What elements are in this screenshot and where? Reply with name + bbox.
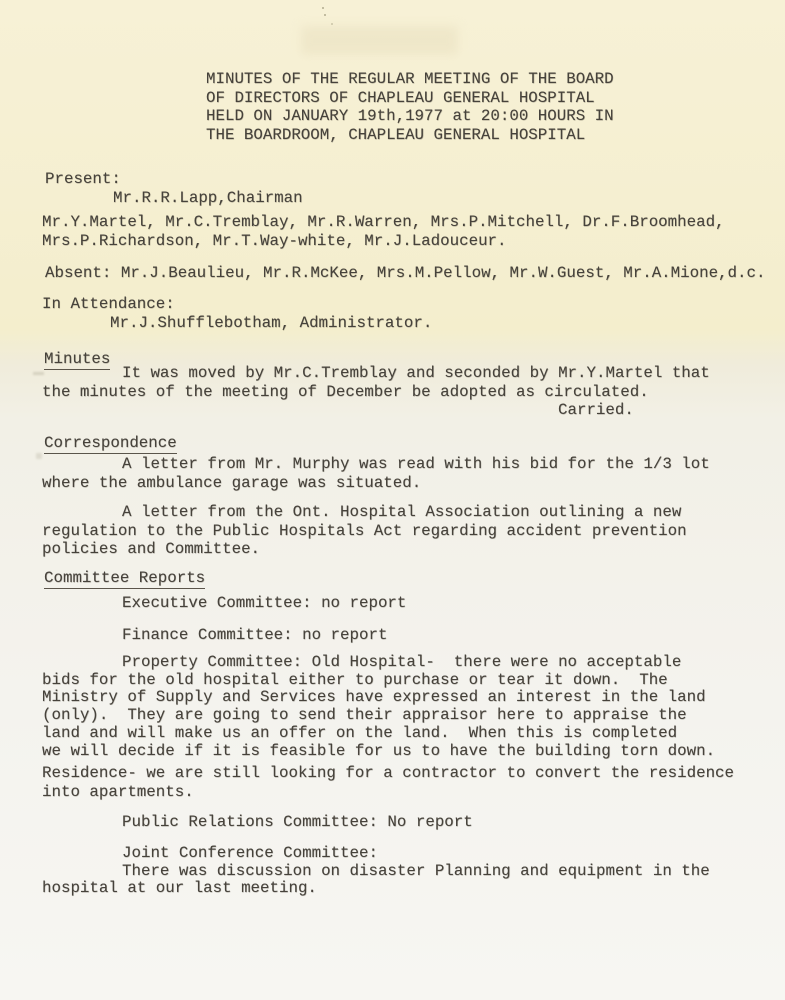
- chairman-name: Mr.R.R.Lapp,Chairman: [45, 189, 303, 208]
- title-line: THE BOARDROOM, CHAPLEAU GENERAL HOSPITAL: [206, 126, 614, 145]
- absent-block: Absent: Mr.J.Beaulieu, Mr.R.McKee, Mrs.M…: [45, 264, 765, 283]
- meeting-title-block: MINUTES OF THE REGULAR MEETING OF THE BO…: [206, 70, 614, 144]
- title-line: OF DIRECTORS OF CHAPLEAU GENERAL HOSPITA…: [206, 89, 614, 108]
- members-present-block: Mr.Y.Martel, Mr.C.Tremblay, Mr.R.Warren,…: [42, 213, 725, 250]
- report-line: into apartments.: [42, 783, 734, 802]
- absent-line: Absent: Mr.J.Beaulieu, Mr.R.McKee, Mrs.M…: [45, 264, 765, 283]
- report-line: hospital at our last meeting.: [42, 880, 710, 898]
- correspondence-line: regulation to the Public Hospitals Act r…: [42, 522, 687, 541]
- committee-reports-heading-text: Committee Reports: [44, 569, 205, 589]
- administrator-name: Mr.J.Shufflebotham, Administrator.: [42, 314, 432, 333]
- members-line: Mr.Y.Martel, Mr.C.Tremblay, Mr.R.Warren,…: [42, 213, 725, 232]
- report-line: Residence- we are still looking for a co…: [42, 764, 734, 783]
- title-line: MINUTES OF THE REGULAR MEETING OF THE BO…: [206, 70, 614, 89]
- in-attendance-label: In Attendance:: [42, 295, 432, 314]
- scan-speck: [331, 23, 333, 25]
- heading-line: Correspondence: [44, 434, 177, 453]
- executive-committee-report: Executive Committee: no report: [42, 594, 406, 613]
- minutes-body-line: the minutes of the meeting of December b…: [42, 383, 710, 402]
- minutes-paragraph: It was moved by Mr.C.Tremblay and second…: [42, 364, 710, 401]
- report-line: Finance Committee: no report: [42, 626, 387, 645]
- scan-speck: [322, 7, 324, 9]
- report-line: Joint Conference Committee:: [42, 845, 710, 863]
- public-relations-committee-report: Public Relations Committee: No report: [42, 813, 473, 832]
- carried-text: Carried.: [558, 401, 634, 420]
- joint-conference-committee-report: Joint Conference Committee: There was di…: [42, 845, 710, 898]
- correspondence-line: A letter from Mr. Murphy was read with h…: [42, 455, 710, 474]
- residence-report: Residence- we are still looking for a co…: [42, 764, 734, 801]
- present-label: Present:: [45, 170, 303, 189]
- title-line: HELD ON JANUARY 19th,1977 at 20:00 HOURS…: [206, 107, 614, 126]
- members-line: Mrs.P.Richardson, Mr.T.Way-white, Mr.J.L…: [42, 232, 725, 251]
- report-line: Public Relations Committee: No report: [42, 813, 473, 832]
- heading-line: Committee Reports: [44, 569, 205, 588]
- scanned-minutes-document: MINUTES OF THE REGULAR MEETING OF THE BO…: [0, 0, 785, 1000]
- in-attendance-block: In Attendance: Mr.J.Shufflebotham, Admin…: [42, 295, 432, 332]
- correspondence-paragraph-1: A letter from Mr. Murphy was read with h…: [42, 455, 710, 492]
- correspondence-line: A letter from the Ont. Hospital Associat…: [42, 503, 687, 522]
- report-line: land and will make us an offer on the la…: [42, 725, 715, 743]
- present-block: Present: Mr.R.R.Lapp,Chairman: [45, 170, 303, 207]
- report-line: There was discussion on disaster Plannin…: [42, 863, 710, 881]
- committee-reports-section-heading: Committee Reports: [44, 569, 205, 588]
- correspondence-line: policies and Committee.: [42, 540, 687, 559]
- correspondence-section-heading: Correspondence: [44, 434, 177, 453]
- report-line: (only). They are going to send their app…: [42, 707, 715, 725]
- report-line: Executive Committee: no report: [42, 594, 406, 613]
- scan-speck: [324, 14, 326, 16]
- finance-committee-report: Finance Committee: no report: [42, 626, 387, 645]
- minutes-body-line: It was moved by Mr.C.Tremblay and second…: [42, 364, 710, 383]
- report-line: Property Committee: Old Hospital- there …: [42, 654, 715, 672]
- property-committee-report: Property Committee: Old Hospital- there …: [42, 654, 715, 760]
- report-line: Ministry of Supply and Services have exp…: [42, 689, 715, 707]
- tape-mark-artifact: [301, 26, 458, 55]
- correspondence-heading-text: Correspondence: [44, 434, 177, 454]
- report-line: we will decide if it is feasible for us …: [42, 743, 715, 761]
- resolution-carried: Carried.: [558, 401, 634, 420]
- report-line: bids for the old hospital either to purc…: [42, 672, 715, 690]
- correspondence-line: where the ambulance garage was situated.: [42, 474, 710, 493]
- correspondence-paragraph-2: A letter from the Ont. Hospital Associat…: [42, 503, 687, 559]
